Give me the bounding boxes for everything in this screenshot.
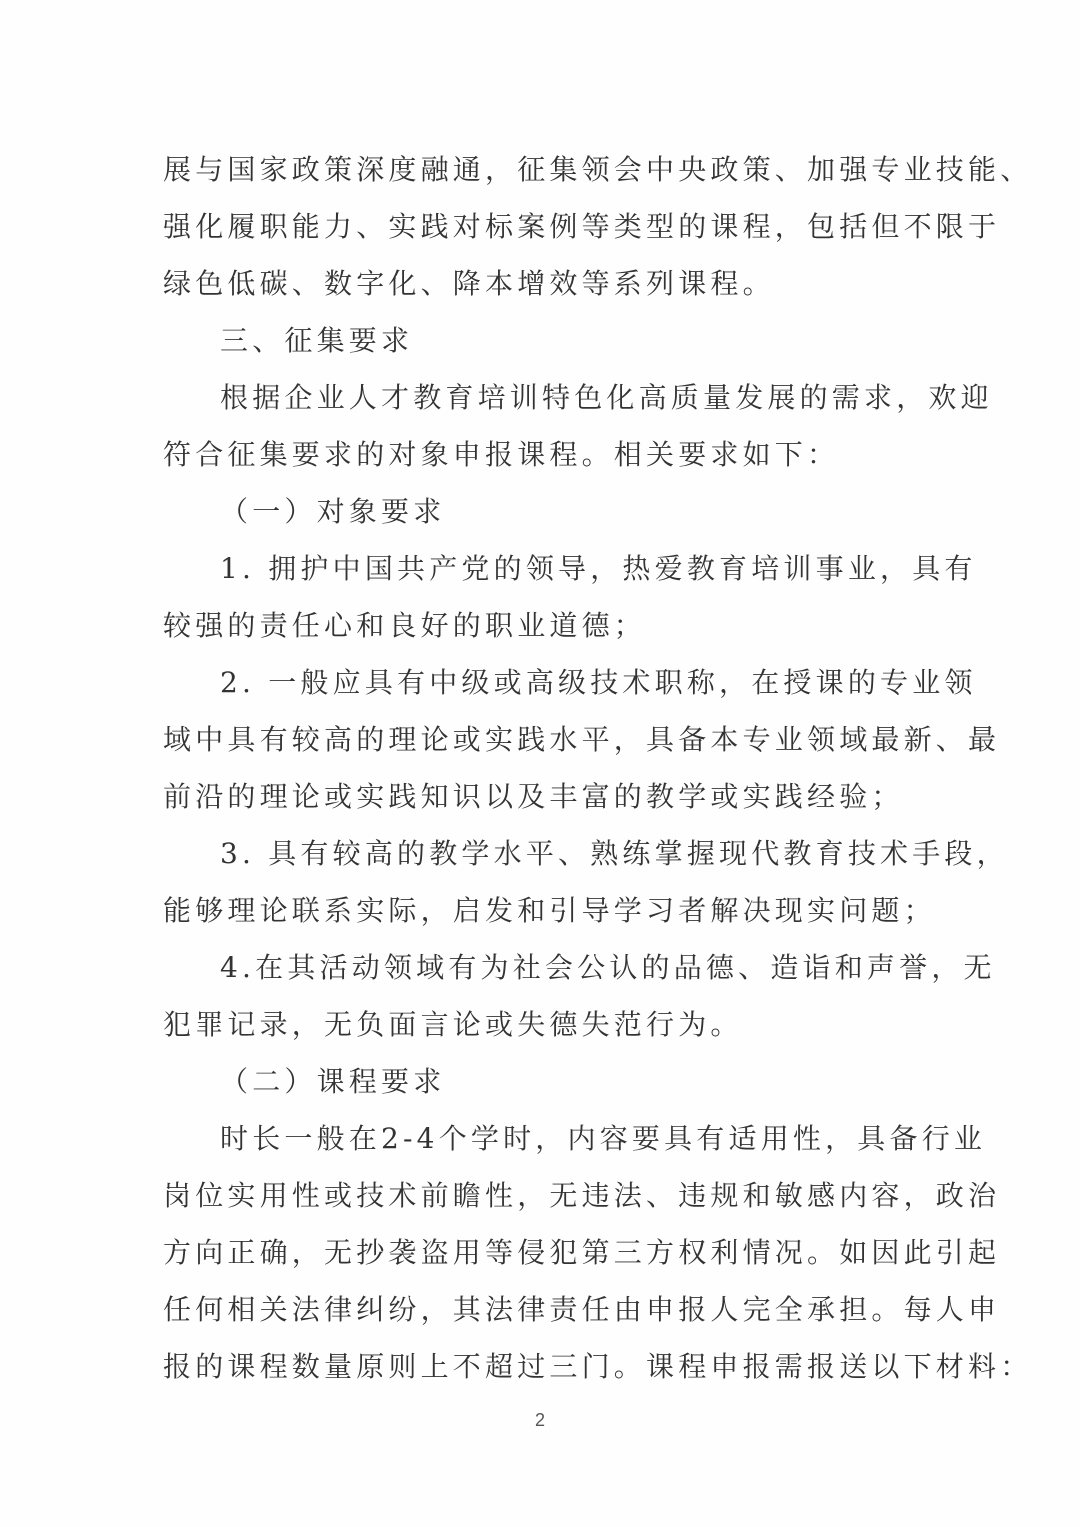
document-page: 展与国家政策深度融通，征集领会中央政策、加强专业技能、 强化履职能力、实践对标案… — [0, 0, 1080, 1527]
paragraph-line: 方向正确，无抄袭盗用等侵犯第三方权利情况。如因此引起 — [163, 1233, 923, 1273]
list-item: 1. 拥护中国共产党的领导，热爱教育培训事业，具有 — [220, 549, 980, 589]
list-item-continuation: 域中具有较高的理论或实践水平，具备本专业领域最新、最 — [163, 720, 923, 760]
list-item: 3. 具有较高的教学水平、熟练掌握现代教育技术手段， — [220, 834, 980, 874]
page-number: 2 — [0, 1410, 1080, 1431]
paragraph-line: 任何相关法律纠纷，其法律责任由申报人完全承担。每人申 — [163, 1290, 923, 1330]
paragraph-line: 展与国家政策深度融通，征集领会中央政策、加强专业技能、 — [163, 150, 923, 190]
list-item-continuation: 犯罪记录，无负面言论或失德失范行为。 — [163, 1005, 923, 1045]
subsection-heading: （二）课程要求 — [220, 1062, 980, 1102]
list-item: 4.在其活动领域有为社会公认的品德、造诣和声誉，无 — [220, 948, 980, 988]
list-item-continuation: 前沿的理论或实践知识以及丰富的教学或实践经验； — [163, 777, 923, 817]
paragraph-line: 报的课程数量原则上不超过三门。课程申报需报送以下材料： — [163, 1347, 923, 1387]
paragraph-line: 强化履职能力、实践对标案例等类型的课程，包括但不限于 — [163, 207, 923, 247]
paragraph-line: 符合征集要求的对象申报课程。相关要求如下： — [163, 435, 923, 475]
subsection-heading: （一）对象要求 — [220, 492, 980, 532]
paragraph-line: 时长一般在2-4个学时，内容要具有适用性，具备行业 — [220, 1119, 980, 1159]
list-item-continuation: 能够理论联系实际，启发和引导学习者解决现实问题； — [163, 891, 923, 931]
paragraph-line: 岗位实用性或技术前瞻性，无违法、违规和敏感内容，政治 — [163, 1176, 923, 1216]
paragraph-line: 根据企业人才教育培训特色化高质量发展的需求，欢迎 — [220, 378, 980, 418]
section-heading: 三、征集要求 — [220, 321, 980, 361]
list-item: 2. 一般应具有中级或高级技术职称，在授课的专业领 — [220, 663, 980, 703]
list-item-continuation: 较强的责任心和良好的职业道德； — [163, 606, 923, 646]
paragraph-line: 绿色低碳、数字化、降本增效等系列课程。 — [163, 264, 923, 304]
